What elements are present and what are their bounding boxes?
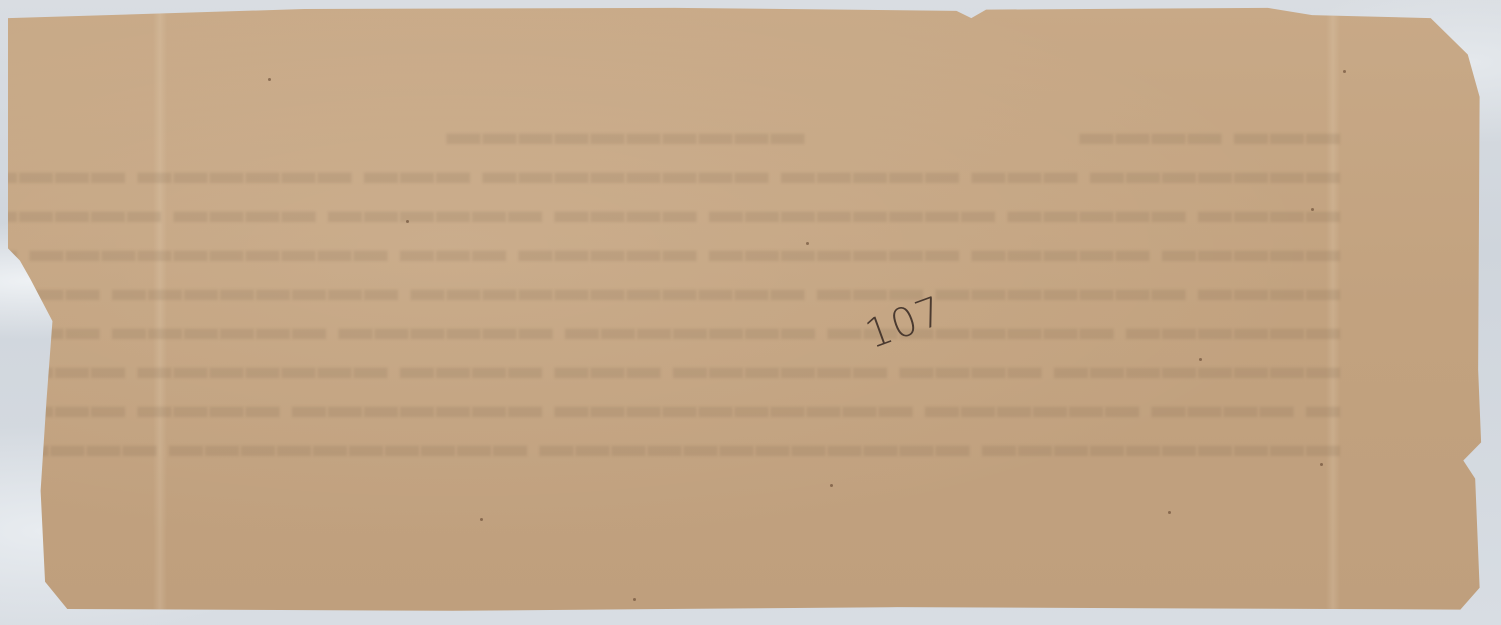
paper-speck — [480, 518, 483, 521]
paper-speck — [1320, 463, 1323, 466]
paper-speck — [830, 484, 833, 487]
bleed-through-text: ▬▬▬ ▬▬▬▬ ▬▬▬▬▬▬▬▬▬▬ ▬▬▬▬▬▬▬ ▬▬▬ ▬▬▬▬▬ ▬▬… — [180, 114, 1340, 465]
paper-speck — [1199, 358, 1202, 361]
paper-speck — [1168, 511, 1171, 514]
paper-speck — [1343, 70, 1346, 73]
paper-speck — [406, 220, 409, 223]
paper-speck — [268, 78, 271, 81]
paper-crease — [153, 6, 167, 612]
paper-fragment: ▬▬▬ ▬▬▬▬ ▬▬▬▬▬▬▬▬▬▬ ▬▬▬▬▬▬▬ ▬▬▬ ▬▬▬▬▬ ▬▬… — [8, 6, 1490, 612]
paper-speck — [633, 598, 636, 601]
paper-speck — [806, 242, 809, 245]
paper-speck — [1311, 208, 1314, 211]
